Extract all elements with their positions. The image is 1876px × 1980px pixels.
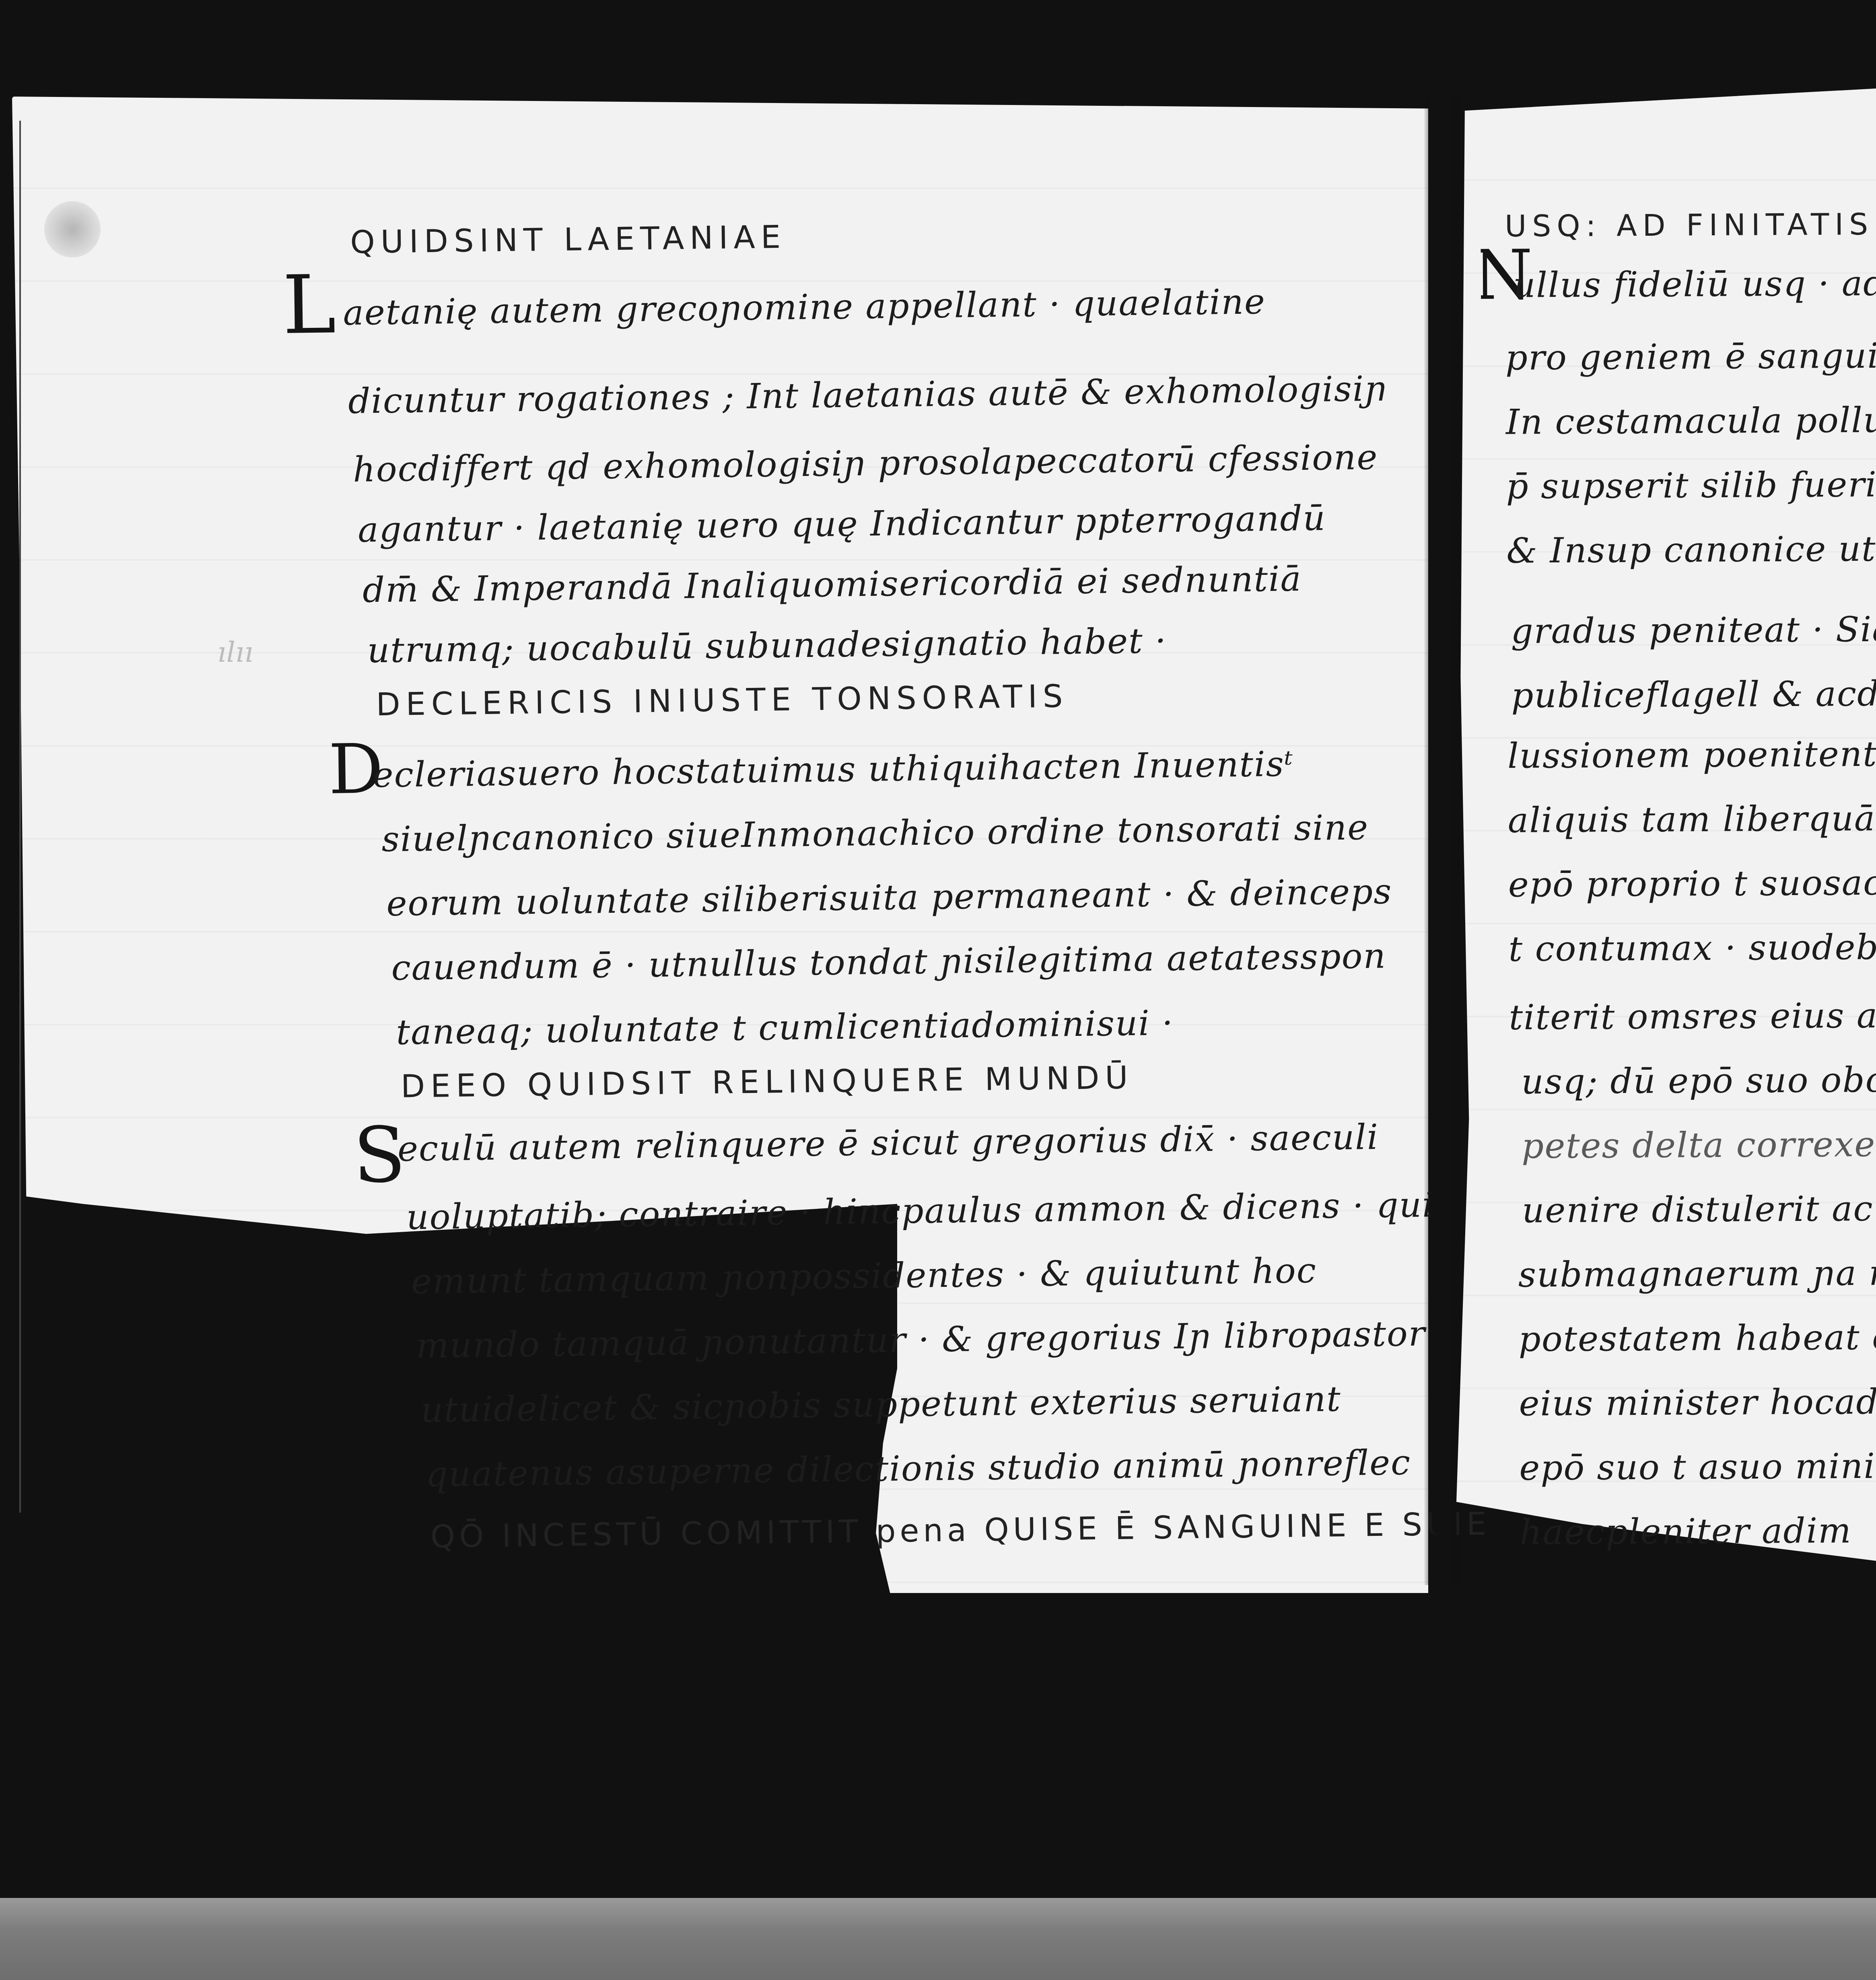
text-line: haecpleniter adim [1520, 1511, 1852, 1552]
text-line: epō suo t asuo ministr [1519, 1446, 1876, 1488]
text-line: aliquis tam liberquā [1508, 799, 1876, 841]
scanner-bed-strip [0, 1898, 1876, 1980]
text-line: usq; dū epō suo oboedi [1521, 1060, 1876, 1102]
text-line: p̄ supserit silib fueritba [1506, 464, 1876, 507]
text-line: In cestamacula polluat [1506, 400, 1876, 442]
text-line: epō proprio t suosacerdo [1508, 862, 1876, 905]
margin-bleed-mark: ılıı [217, 636, 253, 669]
text-line: petes delta correxerit [1522, 1124, 1876, 1166]
text-line: eius minister hocadi [1519, 1382, 1876, 1424]
rubric-quid-sint-laetaniae: QUIDSINT LAETANIAE [350, 219, 787, 261]
text-line: potestatem habeat c [1518, 1317, 1876, 1360]
left-page-edge [19, 121, 21, 1513]
text-line: submagnaerum ɲa r [1518, 1253, 1876, 1295]
book-gutter [1424, 97, 1460, 1585]
initial-letter-l: L [282, 265, 336, 346]
text-line: lussionem poenitentia [1507, 734, 1876, 776]
rubric-usque-ad-finitatis: USQ: AD FINITATIS [1505, 207, 1874, 244]
stain-mark [44, 201, 101, 257]
text-line: ullus fideliū usq · ad f [1513, 263, 1876, 305]
text-line: & Insup canonice uthi [1506, 529, 1876, 571]
text-line: pro geniem ē sanguine [1505, 335, 1876, 378]
text-line: publiceflagell & acde [1511, 674, 1876, 716]
text-line: gradus peniteat · Sia [1511, 609, 1876, 652]
text-line: t contumax · suodebe [1508, 927, 1876, 969]
text-line: titerit omsres eius a [1509, 996, 1876, 1038]
text-line: uenire distulerit ac [1522, 1189, 1874, 1231]
right-page-text: USQ: AD FINITATIS N ullus fideliū usq · … [1481, 207, 1876, 1577]
